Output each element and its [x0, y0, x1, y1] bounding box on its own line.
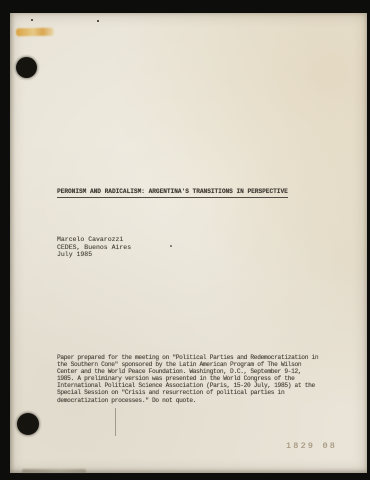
footnote-line: the Southern Cone" sponsored by the Lati…: [57, 361, 318, 368]
dust-speck: [97, 20, 99, 22]
accession-stamp: 1829 08: [286, 442, 337, 451]
punch-hole-bottom: [17, 413, 39, 435]
footnote-line: 1985. A preliminary version was presente…: [57, 375, 318, 382]
footnote-line: Paper prepared for the meeting on "Polit…: [57, 354, 318, 361]
footnote-line: International Political Science Associat…: [57, 382, 318, 389]
dust-speck: [170, 245, 172, 247]
author-name: Marcelo Cavarozzi: [57, 236, 131, 244]
highlight-smudge: [16, 28, 54, 37]
footnote-line: Center and the World Peace Foundation. W…: [57, 368, 318, 375]
dust-speck: [31, 19, 33, 21]
footnote-line: Special Session on "Crisis and resurrect…: [57, 389, 318, 396]
footnote-paragraph: Paper prepared for the meeting on "Polit…: [57, 354, 318, 404]
document-date: July 1985: [57, 251, 131, 259]
paper-sheet: PERONISM AND RADICALISM: ARGENTINA'S TRA…: [10, 13, 367, 473]
footnote-line: democratization processes." Do not quote…: [57, 397, 318, 404]
document-title: PERONISM AND RADICALISM: ARGENTINA'S TRA…: [57, 188, 288, 198]
pencil-smudge: [22, 469, 86, 473]
author-block: Marcelo Cavarozzi CEDES, Buenos Aires Ju…: [57, 236, 131, 259]
fold-mark: [115, 408, 116, 436]
punch-hole-top: [16, 57, 37, 78]
scanned-page: PERONISM AND RADICALISM: ARGENTINA'S TRA…: [0, 0, 370, 480]
